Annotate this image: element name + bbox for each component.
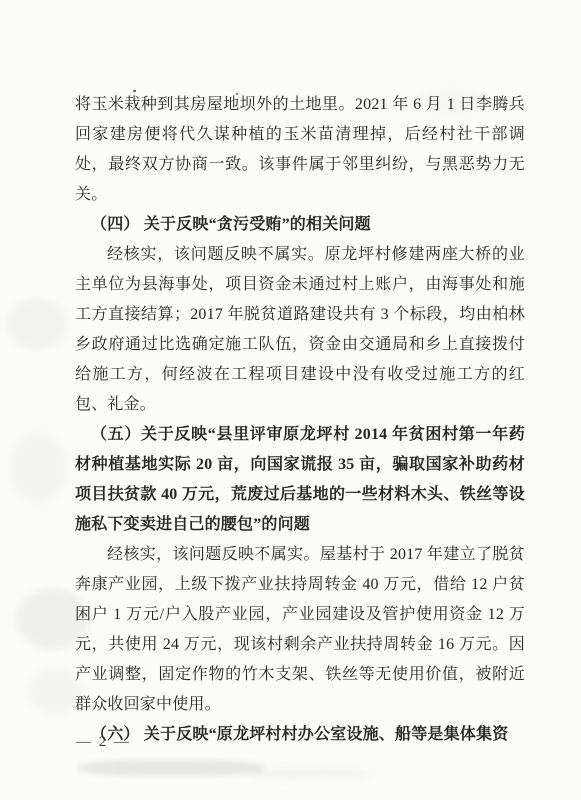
section-6-heading: （六） 关于反映“原龙坪村村办公室设施、船等是集体集资 [75, 720, 525, 750]
scan-smudge [250, 768, 370, 780]
scan-smudge [78, 760, 263, 776]
continuation-paragraph: 将玉米栽种到其房屋地坝外的土地里。2021 年 6 月 1 日李腾兵回家建房便将… [75, 90, 525, 210]
section-4-body: 经核实，该问题反映不属实。原龙坪村修建两座大桥的业主单位为县海事处，项目资金未通… [75, 240, 525, 420]
document-body: 将玉米栽种到其房屋地坝外的土地里。2021 年 6 月 1 日李腾兵回家建房便将… [75, 90, 525, 750]
section-5-heading: （五）关于反映“县里评审原龙坪村 2014 年贫困村第一年药材种植基地实际 20… [75, 420, 525, 540]
scanned-document-page: 将玉米栽种到其房屋地坝外的土地里。2021 年 6 月 1 日李腾兵回家建房便将… [0, 0, 581, 800]
page-number: — 2 — [76, 731, 131, 753]
scan-smudge [10, 432, 68, 504]
section-4-heading: （四） 关于反映“贪污受贿”的相关问题 [75, 210, 525, 240]
section-5-body: 经核实，该问题反映不属实。屋基村于 2017 年建立了脱贫奔康产业园，上级下拨产… [75, 540, 525, 720]
scan-smudge [6, 298, 68, 350]
